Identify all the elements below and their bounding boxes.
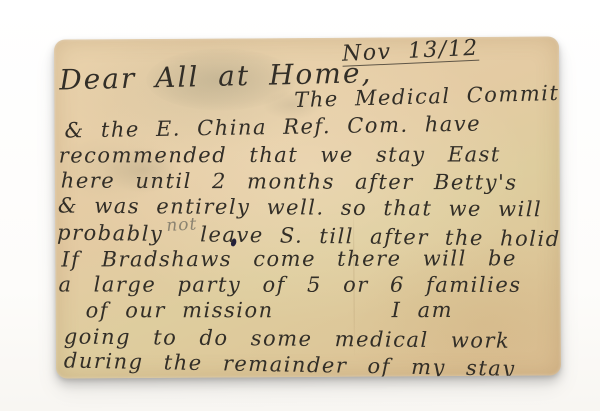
inserted-pencil-word: not: [166, 214, 198, 236]
handwritten-line: recommended that we stay East: [59, 142, 501, 167]
handwritten-line: & the E. China Ref. Com. have: [64, 112, 481, 143]
postcard: Nov 13/12 Dear All at Home, The Medical …: [54, 36, 561, 378]
handwritten-line: If Bradshaws come there will be: [61, 246, 517, 271]
handwritten-line: going to do some medical work: [64, 324, 511, 352]
handwritten-line: during the remainder of my stay: [64, 348, 516, 378]
handwritten-line: of our missionI am: [86, 298, 453, 322]
i-am-phrase: I am: [392, 298, 453, 322]
probably-word: probably: [57, 221, 163, 246]
mission-phrase: of our mission: [86, 298, 274, 322]
handwritten-line: a large party of 5 or 6 families: [58, 273, 521, 297]
handwritten-line: here until 2 months after Betty's: [61, 169, 518, 195]
handwritten-line: & was entirely well. so that we will: [58, 194, 542, 222]
photo-background: Nov 13/12 Dear All at Home, The Medical …: [0, 0, 600, 411]
